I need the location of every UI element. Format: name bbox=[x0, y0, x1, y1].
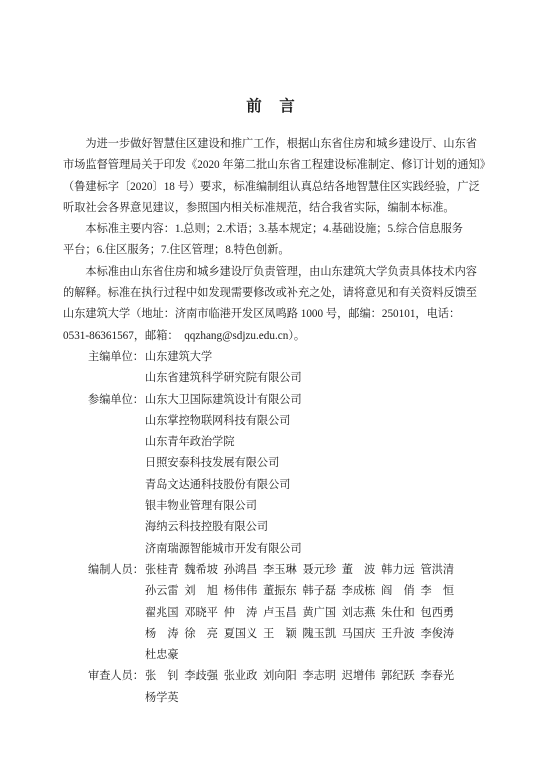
paragraph-contents: 本标准主要内容：1.总则；2.术语；3.基本规定；4.基础设施；5.综合信息服务… bbox=[63, 219, 479, 262]
paragraph-line: 本标准主要内容：1.总则；2.术语；3.基本规定；4.基础设施；5.综合信息服务 bbox=[63, 219, 479, 240]
entry-label: 审查人员： bbox=[63, 666, 145, 687]
staff-names-row: 翟兆国 邓晓平 仲 涛 卢玉昌 黄广国 刘志燕 朱仕和 包西勇 bbox=[145, 603, 479, 624]
paragraph-line: 本标准由山东省住房和城乡建设厅负责管理，由山东建筑大学负责具体技术内容 bbox=[63, 262, 479, 283]
entry-label: 编制人员： bbox=[63, 560, 145, 581]
staff-names-row: 杨学英 bbox=[145, 688, 479, 709]
entry-items: 张 钊 李歧强 张业政 刘向阳 李志明 迟增伟 郭纪跃 李春光 杨学英 bbox=[145, 666, 479, 709]
paragraph-management: 本标准由山东省住房和城乡建设厅负责管理，由山东建筑大学负责具体技术内容 的解释。… bbox=[63, 262, 479, 347]
entry-items: 张桂青 魏希坡 孙鸿昌 李玉琳 聂元珍 董 波 韩力远 管洪清 孙云雷 刘 旭 … bbox=[145, 560, 479, 666]
document-content: 前 言 为进一步做好智慧住区建设和推广工作，根据山东省住房和城乡建设厅、山东省 … bbox=[63, 97, 479, 709]
paragraph-intro: 为进一步做好智慧住区建设和推广工作，根据山东省住房和城乡建设厅、山东省 市场监督… bbox=[63, 134, 479, 219]
entry-label: 参编单位： bbox=[63, 390, 145, 411]
document-page: 前 言 为进一步做好智慧住区建设和推广工作，根据山东省住房和城乡建设厅、山东省 … bbox=[0, 0, 540, 763]
entry-drafting-staff: 编制人员： 张桂青 魏希坡 孙鸿昌 李玉琳 聂元珍 董 波 韩力远 管洪清 孙云… bbox=[63, 560, 479, 666]
paragraph-line: 0531-86361567，邮箱： qqzhang@sdjzu.edu.cn）。 bbox=[63, 326, 479, 347]
unit-name: 青岛文达通科技股份有限公司 bbox=[145, 475, 479, 496]
paragraph-line: 市场监督管理局关于印发《2020 年第二批山东省工程建设标准制定、修订计划的通知… bbox=[63, 155, 479, 176]
unit-name: 山东建筑大学 bbox=[145, 347, 479, 368]
unit-name: 山东青年政治学院 bbox=[145, 432, 479, 453]
unit-name: 日照安泰科技发展有限公司 bbox=[145, 453, 479, 474]
paragraph-line: 为进一步做好智慧住区建设和推广工作，根据山东省住房和城乡建设厅、山东省 bbox=[63, 134, 479, 155]
staff-names-row: 孙云雷 刘 旭 杨伟伟 董振东 韩子磊 李成栋 阎 俏 李 恒 bbox=[145, 581, 479, 602]
entry-chief-editing-unit: 主编单位： 山东建筑大学 山东省建筑科学研究院有限公司 bbox=[63, 347, 479, 390]
entry-participating-units: 参编单位： 山东大卫国际建筑设计有限公司 山东掌控物联网科技有限公司 山东青年政… bbox=[63, 390, 479, 560]
unit-name: 山东掌控物联网科技有限公司 bbox=[145, 411, 479, 432]
staff-names-row: 杨 涛 徐 亮 夏国义 王 颖 隗玉凯 马国庆 王升波 李俊涛 bbox=[145, 624, 479, 645]
entry-label: 主编单位： bbox=[63, 347, 145, 368]
unit-name: 山东大卫国际建筑设计有限公司 bbox=[145, 390, 479, 411]
entry-items: 山东建筑大学 山东省建筑科学研究院有限公司 bbox=[145, 347, 479, 390]
unit-name: 山东省建筑科学研究院有限公司 bbox=[145, 368, 479, 389]
paragraph-line: 山东建筑大学（地址：济南市临港开发区凤鸣路 1000 号，邮编：250101，电… bbox=[63, 304, 479, 325]
unit-name: 海纳云科技控股有限公司 bbox=[145, 517, 479, 538]
entry-items: 山东大卫国际建筑设计有限公司 山东掌控物联网科技有限公司 山东青年政治学院 日照… bbox=[145, 390, 479, 560]
paragraph-line: （鲁建标字〔2020〕18 号）要求，标准编制组认真总结各地智慧住区实践经验，广… bbox=[63, 177, 479, 198]
unit-name: 银丰物业管理有限公司 bbox=[145, 496, 479, 517]
staff-names-row: 张 钊 李歧强 张业政 刘向阳 李志明 迟增伟 郭纪跃 李春光 bbox=[145, 666, 479, 687]
unit-name: 济南瑞源智能城市开发有限公司 bbox=[145, 539, 479, 560]
paragraph-line: 听取社会各界意见建议，参照国内相关标准规范，结合我省实际，编制本标准。 bbox=[63, 198, 479, 219]
paragraph-line: 的解释。标准在执行过程中如发现需要修改或补充之处，请将意见和有关资料反馈至 bbox=[63, 283, 479, 304]
entry-review-staff: 审查人员： 张 钊 李歧强 张业政 刘向阳 李志明 迟增伟 郭纪跃 李春光 杨学… bbox=[63, 666, 479, 709]
page-title: 前 言 bbox=[63, 97, 479, 117]
staff-names-row: 杜忠豪 bbox=[145, 645, 479, 666]
staff-names-row: 张桂青 魏希坡 孙鸿昌 李玉琳 聂元珍 董 波 韩力远 管洪清 bbox=[145, 560, 479, 581]
paragraph-line: 平台；6.住区服务；7.住区管理；8.特色创新。 bbox=[63, 240, 479, 261]
